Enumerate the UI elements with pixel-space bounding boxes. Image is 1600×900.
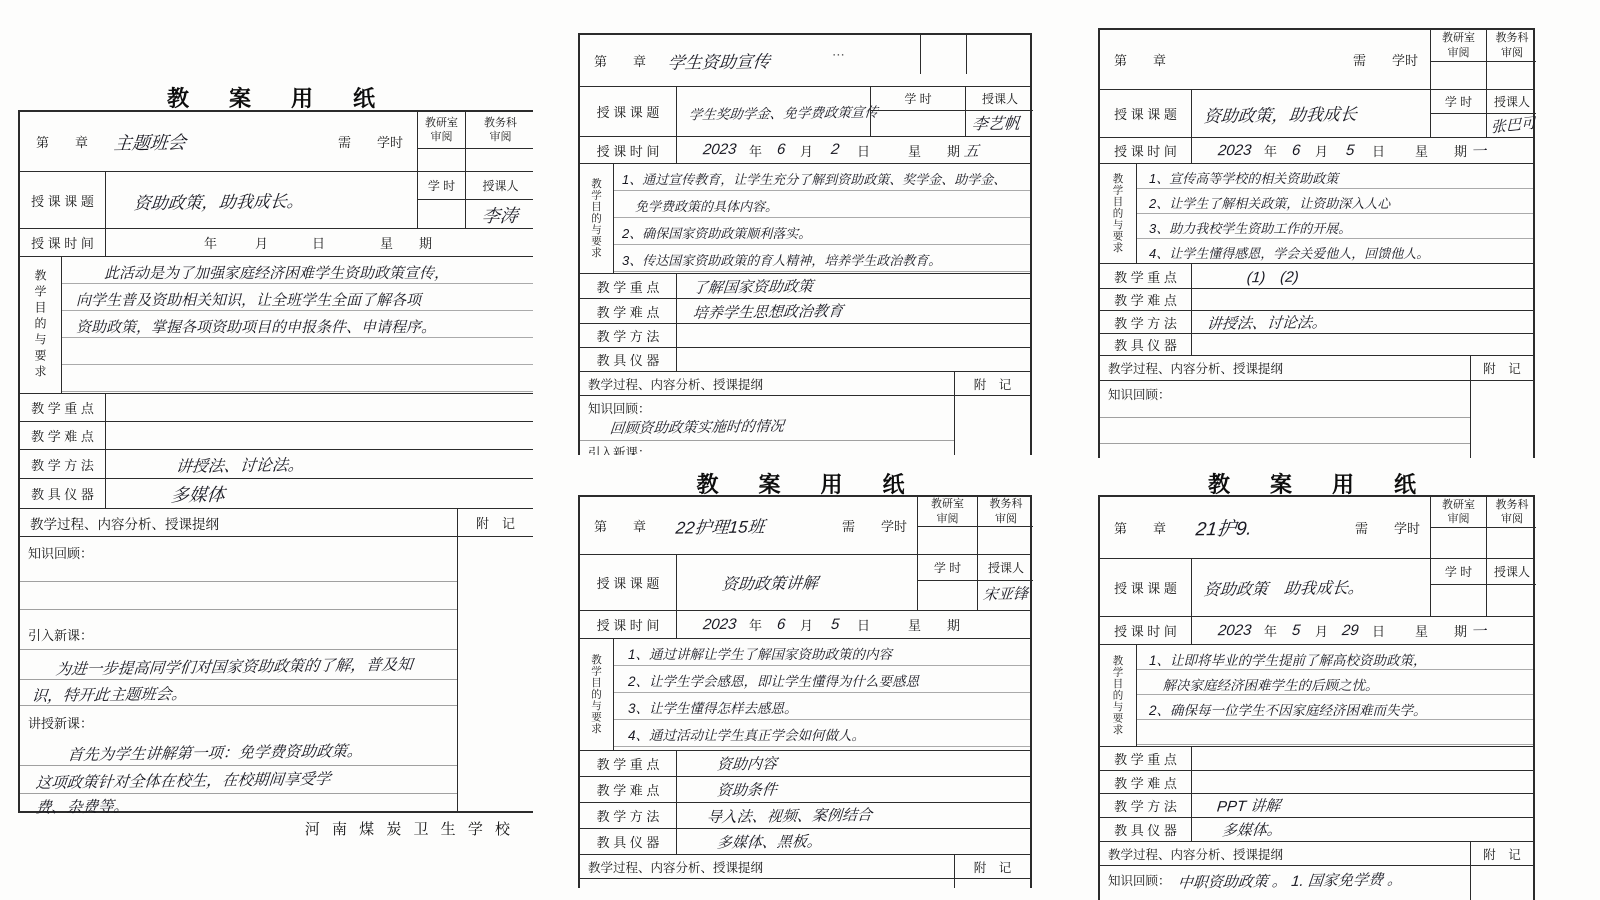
lecturer-label: 授课人 xyxy=(988,559,1024,576)
topic-label: 授 课 课 题 xyxy=(31,191,94,210)
lecturer-signature: 李艺帆 xyxy=(971,111,1021,135)
column-stub xyxy=(920,35,921,74)
review-office-cell: 教研室审阅 xyxy=(917,497,977,554)
new-lesson-intro-label: 引入新课： xyxy=(588,443,651,455)
lecturer-signature: 李涛 xyxy=(481,202,519,229)
notes-label: 附 记 xyxy=(1483,359,1521,377)
process-header-row: 教学过程、内容分析、授课提纲 附 记 xyxy=(1100,356,1533,381)
objective-line: 3、让学生懂得怎样去感恩。 xyxy=(614,695,1030,722)
objectives-row: 教学目的与要求 1、宣传高等学校的相关资助政策 2、让学生了解相关政策，让资助深… xyxy=(1100,164,1533,264)
academic-office-cell: 教务科审阅 xyxy=(977,497,1033,554)
month-label: 月 xyxy=(255,233,268,252)
objective-line: 1、通过讲解让学生了解国家资助政策的内容 xyxy=(614,641,1030,668)
chapter-label: 第 章 xyxy=(36,132,88,151)
year-value: 2023 xyxy=(703,141,738,158)
objectives-label: 教学目的与要求 xyxy=(32,269,49,381)
objective-line: 4、通过活动让学生真正学会如何做人。 xyxy=(614,722,1030,749)
week-label: 星 期 xyxy=(380,233,432,252)
difficulties-label: 教 学 难 点 xyxy=(1114,773,1177,792)
apparatus-label: 教 具 仪 器 xyxy=(597,832,660,851)
chapter-row: 第 章 22护理15班 需 学时 教研室审阅 教务科审阅 xyxy=(580,497,1030,555)
chapter-label: 第 章 xyxy=(1114,50,1166,69)
time-label: 授 课 时 间 xyxy=(1114,141,1177,160)
objective-line: 2、让学生学会感恩，即让学生懂得为什么要感恩 xyxy=(614,668,1030,695)
objective-line: 3、传达国家资助政策的育人精神，培养学生政治教育。 xyxy=(614,247,1030,274)
chapter-label: 第 章 xyxy=(594,516,646,535)
review-office-label: 教研室审阅 xyxy=(1440,498,1478,527)
content-area: 知识回顾： xyxy=(1100,381,1533,458)
objective-line: 免学费政策的具体内容。 xyxy=(614,193,1030,220)
month-value: 5 xyxy=(1291,621,1301,638)
lesson-plan-form-left: 教 案 用 纸 第 章 主题班会 需 学时 教研室审阅 教务科审阅 授 课 课 … xyxy=(18,80,533,815)
objective-line: 2、确保国家资助政策顺利落实。 xyxy=(614,220,1030,247)
objectives-row: 教学目的与要求 1、通过宣传教育，让学生充分了解到资助政策、奖学金、助学金、 免… xyxy=(580,164,1030,274)
difficulties-row: 教 学 难 点 资助条件 xyxy=(580,777,1030,803)
academic-office-cell: 教务科审阅 xyxy=(1486,497,1536,558)
apparatus-row: 教 具 仪 器 多媒体、黑板。 xyxy=(580,829,1030,855)
new-lesson-intro-label: 引入新课： xyxy=(28,625,93,644)
objective-line: 解决家庭经济困难学生的后顾之忧。 xyxy=(1137,673,1533,698)
notes-divider xyxy=(954,879,955,888)
key-points-row: 教 学 重 点 了解国家资助政策 xyxy=(580,274,1030,299)
objective-line: 此活动是为了加强家庭经济困难学生资助政策宣传， xyxy=(62,260,533,287)
apparatus-row: 教 具 仪 器 多媒体 xyxy=(20,479,533,509)
methods-value: PPT 讲解 xyxy=(1216,795,1281,817)
lecturer-label: 授课人 xyxy=(982,90,1018,107)
process-header-label: 教学过程、内容分析、授课提纲 xyxy=(1108,845,1283,863)
chapter-row: 第 章 学生资助宣传 ⋯ xyxy=(580,35,1030,87)
objective-line: 4、让学生懂得感恩，学会关爱他人，回馈他人。 xyxy=(1137,241,1533,266)
difficulties-label: 教 学 难 点 xyxy=(1114,290,1177,309)
objective-line: 1、宣传高等学校的相关资助政策 xyxy=(1137,166,1533,191)
knowledge-review-label: 知识回顾： xyxy=(28,543,93,562)
chapter-row: 第 章 需 学时 教研室审阅 教务科审阅 xyxy=(1100,30,1533,90)
day-value: 29 xyxy=(1341,621,1359,638)
chapter-row: 第 章 主题班会 需 学时 教研室审阅 教务科审阅 xyxy=(20,112,533,172)
topic-row: 授 课 课 题 资助政策 助我成长。 学 时 授课人 xyxy=(1100,559,1533,617)
lesson-plan-form-right-top: 第 章 需 学时 教研室审阅 教务科审阅 授 课 课 题 资助政策，助我成长 学… xyxy=(1098,28,1536,458)
key-points-value: (1) (2) xyxy=(1246,265,1300,287)
objectives-row: 教学目的与要求 此活动是为了加强家庭经济困难学生资助政策宣传， 向学生普及资助相… xyxy=(20,257,533,394)
time-label: 授 课 时 间 xyxy=(597,615,660,634)
objective-line: 2、让学生了解相关政策，让资助深入人心 xyxy=(1137,191,1533,216)
difficulties-value: 培养学生思想政治教育 xyxy=(692,299,844,322)
review-office-cell: 教研室审阅 xyxy=(1430,497,1486,558)
objective-line: 2、确保每一位学生不因家庭经济困难而失学。 xyxy=(1137,698,1533,723)
key-points-label: 教 学 重 点 xyxy=(31,398,94,417)
topic-value: 资助政策 助我成长。 xyxy=(1203,575,1365,600)
notes-label: 附 记 xyxy=(974,375,1012,393)
year-label: 年 xyxy=(204,233,217,252)
month-value: 6 xyxy=(1291,141,1301,158)
difficulties-label: 教 学 难 点 xyxy=(31,426,94,445)
lesson-plan-form-right-bottom: 教 案 用 纸 第 章 21护9. 需 学时 教研室审阅 教务科审阅 授 课 课… xyxy=(1098,468,1536,900)
process-header-label: 教学过程、内容分析、授课提纲 xyxy=(30,513,219,533)
objective-line: 1、让即将毕业的学生提前了解高校资助政策， xyxy=(1137,648,1533,673)
apparatus-row: 教 具 仪 器 xyxy=(1100,334,1533,356)
column-stub xyxy=(966,35,967,74)
key-points-row: 教 学 重 点 xyxy=(20,394,533,422)
day-value: 2 xyxy=(830,141,840,158)
process-header-label: 教学过程、内容分析、授课提纲 xyxy=(1108,359,1283,377)
need-hours-label: 需 学时 xyxy=(338,132,403,151)
form-table: 第 章 需 学时 教研室审阅 教务科审阅 授 课 课 题 资助政策，助我成长 学… xyxy=(1098,28,1535,458)
objectives-label: 教学目的与要求 xyxy=(1111,655,1126,736)
class-hours-label: 学 时 xyxy=(1445,563,1472,580)
key-points-label: 教 学 重 点 xyxy=(1114,749,1177,768)
objectives-label: 教学目的与要求 xyxy=(589,178,604,259)
topic-label: 授 课 课 题 xyxy=(597,102,660,121)
time-label: 授 课 时 间 xyxy=(31,233,94,252)
academic-office-label: 教务科审阅 xyxy=(1493,31,1531,60)
intro-line: 识，特开此主题班会。 xyxy=(31,682,188,706)
objectives-row: 教学目的与要求 1、通过讲解让学生了解国家资助政策的内容 2、让学生学会感恩，即… xyxy=(580,639,1030,751)
key-points-row: 教 学 重 点 资助内容 xyxy=(580,751,1030,777)
knowledge-review-value: 中职资助政策 。 1. 国家免学费 。 xyxy=(1177,868,1403,892)
process-header-row: 教学过程、内容分析、授课提纲 附 记 xyxy=(20,509,533,537)
intro-line: 为进一步提高同学们对国家资助政策的了解，普及知 xyxy=(55,653,414,680)
notes-divider xyxy=(954,396,955,455)
methods-row: 教 学 方 法 PPT 讲解 xyxy=(1100,794,1533,818)
academic-office-label: 教务科审阅 xyxy=(482,116,520,145)
form-table: 第 章 22护理15班 需 学时 教研室审阅 教务科审阅 授 课 课 题 资助政… xyxy=(578,495,1032,888)
knowledge-review-value: 回顾资助政策实施时的情况 xyxy=(609,415,785,438)
process-header-label: 教学过程、内容分析、授课提纲 xyxy=(588,858,763,876)
teach-line: 首先为学生讲解第一项：免学费资助政策。 xyxy=(67,739,364,765)
methods-label: 教 学 方 法 xyxy=(31,455,94,474)
apparatus-value: 多媒体、黑板。 xyxy=(716,830,823,852)
difficulties-label: 教 学 难 点 xyxy=(597,780,660,799)
methods-row: 教 学 方 法 xyxy=(580,324,1030,348)
topic-label: 授 课 课 题 xyxy=(1114,104,1177,123)
key-points-label: 教 学 重 点 xyxy=(1114,267,1177,286)
chapter-value: 22护理15班 xyxy=(675,512,766,538)
objectives-row: 教学目的与要求 1、让即将毕业的学生提前了解高校资助政策， 解决家庭经济困难学生… xyxy=(1100,645,1533,747)
notes-label: 附 记 xyxy=(1483,845,1521,863)
chapter-row: 第 章 21护9. 需 学时 教研室审阅 教务科审阅 xyxy=(1100,497,1533,559)
day-value: 5 xyxy=(830,615,840,632)
lecturer-signature: 张巴可 xyxy=(1491,112,1536,138)
difficulties-label: 教 学 难 点 xyxy=(597,302,660,321)
form-table: 第 章 21护9. 需 学时 教研室审阅 教务科审阅 授 课 课 题 资助政策 … xyxy=(1098,495,1535,900)
new-lesson-teach-label: 讲授新课： xyxy=(28,713,93,732)
apparatus-value: 多媒体。 xyxy=(1221,819,1283,841)
apparatus-value: 多媒体 xyxy=(170,480,226,507)
methods-value: 导入法、视频、案例结合 xyxy=(706,804,873,827)
apparatus-label: 教 具 仪 器 xyxy=(31,484,94,503)
review-office-label: 教研室审阅 xyxy=(1440,31,1478,60)
time-row: 授 课 时 间 2023年 6月 2日 星 期 五 xyxy=(580,137,1030,164)
academic-office-cell: 教务科审阅 xyxy=(1486,30,1536,89)
process-header-label: 教学过程、内容分析、授课提纲 xyxy=(588,375,763,393)
methods-row: 教 学 方 法 讲授法、讨论法。 xyxy=(1100,311,1533,334)
apparatus-label: 教 具 仪 器 xyxy=(1114,820,1177,839)
notes-label: 附 记 xyxy=(974,858,1012,876)
chapter-label: 第 章 xyxy=(594,51,646,70)
year-value: 2023 xyxy=(1218,141,1253,158)
key-points-value: 资助内容 xyxy=(716,753,778,775)
month-value: 6 xyxy=(776,615,786,632)
knowledge-review-label: 知识回顾： xyxy=(1108,385,1171,403)
chapter-value: 主题班会 xyxy=(113,128,187,155)
methods-label: 教 学 方 法 xyxy=(1114,313,1177,332)
methods-label: 教 学 方 法 xyxy=(597,326,660,345)
lecturer-label: 授课人 xyxy=(482,177,518,194)
content-area xyxy=(580,879,1030,888)
notes-divider xyxy=(1470,866,1471,900)
class-hours-label: 学 时 xyxy=(428,177,455,194)
week-value: 五 xyxy=(963,139,980,160)
key-points-value: 了解国家资助政策 xyxy=(692,275,814,298)
topic-row: 授 课 课 题 资助政策，助我成长 学 时 授课人 张巴可 xyxy=(1100,90,1533,138)
lesson-plan-form-middle-bottom: 教 案 用 纸 第 章 22护理15班 需 学时 教研室审阅 教务科审阅 授 课… xyxy=(578,468,1033,888)
academic-office-cell: 教务科审阅 xyxy=(465,112,533,171)
year-value: 2023 xyxy=(1218,621,1253,638)
apparatus-label: 教 具 仪 器 xyxy=(1114,335,1177,354)
review-office-label: 教研室审阅 xyxy=(423,116,461,145)
time-label: 授 课 时 间 xyxy=(1114,621,1177,640)
topic-label: 授 课 课 题 xyxy=(597,573,660,592)
day-label: 日 xyxy=(312,233,325,252)
lesson-plan-form-middle-top: 第 章 学生资助宣传 ⋯ 授 课 课 题 学生奖助学金、免学费政策宣传 学 时 … xyxy=(578,33,1033,455)
page-title: 教 案 用 纸 xyxy=(18,82,533,113)
difficulties-row: 教 学 难 点 培养学生思想政治教育 xyxy=(580,299,1030,324)
chapter-value: 21护9. xyxy=(1195,514,1254,542)
process-header-row: 教学过程、内容分析、授课提纲 附 记 xyxy=(1100,842,1533,866)
key-points-label: 教 学 重 点 xyxy=(597,277,660,296)
objectives-label: 教学目的与要求 xyxy=(1111,173,1126,254)
week-value: 一 xyxy=(1470,140,1487,161)
objective-line: 资助政策，掌握各项资助项目的申报条件、申请程序。 xyxy=(62,314,533,341)
day-value: 5 xyxy=(1345,141,1355,158)
topic-row: 授 课 课 题 学生奖助学金、免学费政策宣传 学 时 授课人 李艺帆 xyxy=(580,87,1030,137)
review-office-cell: 教研室审阅 xyxy=(1430,30,1486,89)
apparatus-label: 教 具 仪 器 xyxy=(597,350,660,369)
key-points-row: 教 学 重 点 (1) (2) xyxy=(1100,264,1533,289)
time-row: 授 课 时 间 2023年 6月 5日 星 期 一 xyxy=(1100,138,1533,164)
apparatus-row: 教 具 仪 器 xyxy=(580,348,1030,372)
key-points-row: 教 学 重 点 xyxy=(1100,747,1533,771)
need-hours-label: 需 学时 xyxy=(1355,518,1420,537)
notes-divider xyxy=(457,537,458,811)
notes-divider xyxy=(1470,381,1471,458)
key-points-label: 教 学 重 点 xyxy=(597,754,660,773)
teach-line: 费、杂费等。 xyxy=(35,794,130,815)
content-area: 知识回顾： 中职资助政策 。 1. 国家免学费 。 xyxy=(1100,866,1533,900)
notes-label: 附 记 xyxy=(476,513,515,532)
topic-row: 授 课 课 题 资助政策讲解 学 时 授课人 宋亚锋 xyxy=(580,555,1030,611)
content-area: 知识回顾： 引入新课： 为进一步提高同学们对国家资助政策的了解，普及知 识，特开… xyxy=(20,537,533,811)
difficulties-row: 教 学 难 点 xyxy=(20,422,533,450)
time-row: 授 课 时 间 2023年 6月 5日 星 期 xyxy=(580,611,1030,639)
difficulties-value: 资助条件 xyxy=(716,779,778,801)
year-value: 2023 xyxy=(703,615,738,632)
methods-label: 教 学 方 法 xyxy=(597,806,660,825)
teach-line: 这项政策针对全体在校生，在校期间享受学 xyxy=(35,767,332,793)
review-office-label: 教研室审阅 xyxy=(929,497,967,526)
class-hours-label: 学 时 xyxy=(904,90,931,107)
objective-line: 3、助力我校学生资助工作的开展。 xyxy=(1137,216,1533,241)
form-table: 第 章 学生资助宣传 ⋯ 授 课 课 题 学生奖助学金、免学费政策宣传 学 时 … xyxy=(578,33,1032,455)
methods-row: 教 学 方 法 讲授法、讨论法。 xyxy=(20,450,533,479)
class-hours-label: 学 时 xyxy=(1445,93,1472,110)
objective-line: 1、通过宣传教育，让学生充分了解到资助政策、奖学金、助学金、 xyxy=(614,166,1030,193)
objectives-label: 教学目的与要求 xyxy=(589,654,604,735)
time-row: 授 课 时 间 2023年 5月 29日 星 期 一 xyxy=(1100,617,1533,645)
school-footer: 河 南 煤 炭 卫 生 学 校 xyxy=(18,818,514,839)
methods-label: 教 学 方 法 xyxy=(1114,796,1177,815)
topic-value: 学生奖助学金、免学费政策宣传 xyxy=(688,100,879,123)
knowledge-review-label: 知识回顾： xyxy=(588,399,651,417)
methods-value: 讲授法、讨论法。 xyxy=(1206,311,1328,334)
content-area: 知识回顾： 回顾资助政策实施时的情况 引入新课： xyxy=(580,396,1030,455)
time-row: 授 课 时 间 年 月 日 星 期 xyxy=(20,229,533,257)
lecturer-label: 授课人 xyxy=(1494,563,1530,580)
time-label: 授 课 时 间 xyxy=(597,141,660,160)
objective-line: 向学生普及资助相关知识，让全班学生全面了解各项 xyxy=(62,287,533,314)
week-value: 一 xyxy=(1470,620,1487,641)
topic-label: 授 课 课 题 xyxy=(1114,578,1177,597)
class-hours-label: 学 时 xyxy=(934,559,961,576)
knowledge-review-label: 知识回顾： xyxy=(1108,871,1171,889)
topic-value: 资助政策，助我成长 xyxy=(1203,100,1358,127)
methods-row: 教 学 方 法 导入法、视频、案例结合 xyxy=(580,803,1030,829)
lecturer-signature: 宋亚锋 xyxy=(982,583,1029,605)
chapter-label: 第 章 xyxy=(1114,518,1166,537)
process-header-row: 教学过程、内容分析、授课提纲 附 记 xyxy=(580,855,1030,879)
academic-office-label: 教务科审阅 xyxy=(987,497,1025,526)
apparatus-row: 教 具 仪 器 多媒体。 xyxy=(1100,818,1533,842)
difficulties-row: 教 学 难 点 xyxy=(1100,289,1533,311)
month-value: 6 xyxy=(776,141,786,158)
form-table: 第 章 主题班会 需 学时 教研室审阅 教务科审阅 授 课 课 题 资助政策，助… xyxy=(18,110,533,813)
topic-row: 授 课 课 题 资助政策，助我成长。 学 时 授课人 李涛 xyxy=(20,172,533,229)
methods-value: 讲授法、讨论法。 xyxy=(175,452,305,477)
ellipsis-mark: ⋯ xyxy=(832,47,845,63)
topic-value: 资助政策讲解 xyxy=(721,570,819,594)
lecturer-label: 授课人 xyxy=(1494,93,1530,110)
process-header-row: 教学过程、内容分析、授课提纲 附 记 xyxy=(580,372,1030,396)
need-hours-label: 需 学时 xyxy=(842,516,907,535)
academic-office-label: 教务科审阅 xyxy=(1493,498,1531,527)
topic-value: 资助政策，助我成长。 xyxy=(133,186,306,213)
need-hours-label: 需 学时 xyxy=(1353,50,1418,69)
chapter-value: 学生资助宣传 xyxy=(667,47,771,73)
review-office-cell: 教研室审阅 xyxy=(417,112,465,171)
difficulties-row: 教 学 难 点 xyxy=(1100,771,1533,794)
